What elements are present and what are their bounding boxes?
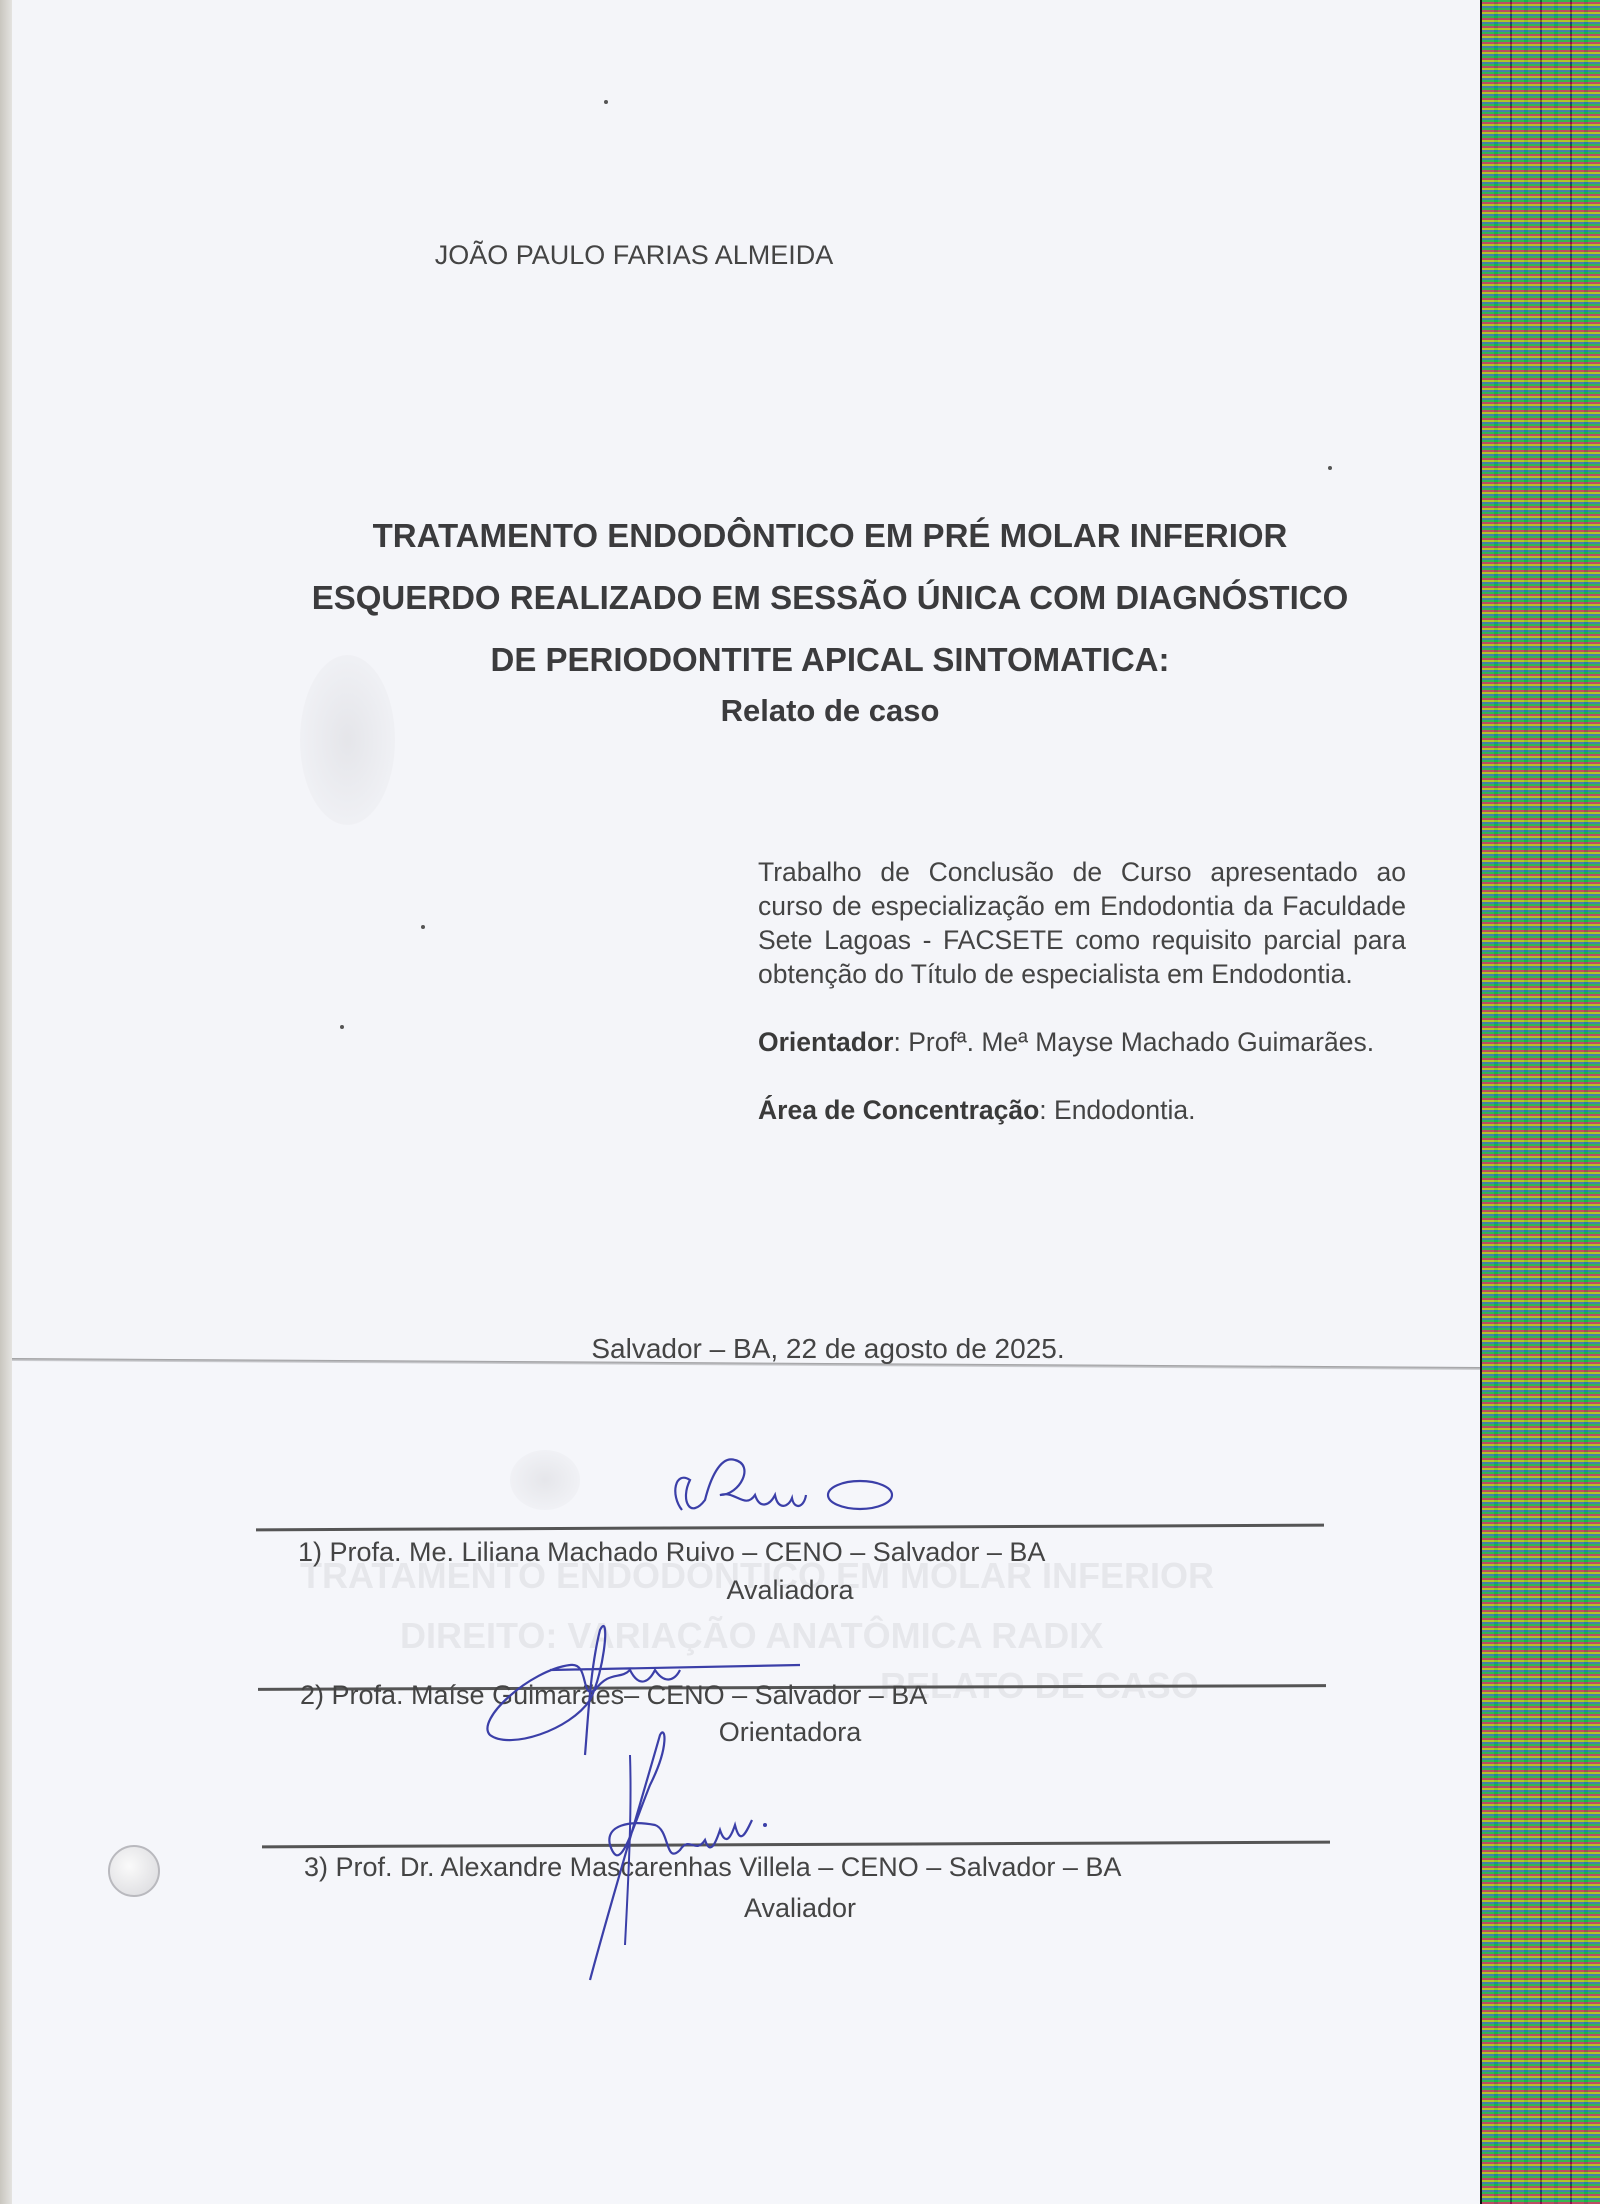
area-label: Área de Concentração	[758, 1095, 1039, 1125]
scan-artifact-strip	[1480, 0, 1600, 2204]
document-title: TRATAMENTO ENDODÔNTICO EM PRÉ MOLAR INFE…	[260, 505, 1400, 691]
advisor-value: : Profª. Meª Mayse Machado Guimarães.	[893, 1027, 1374, 1057]
title-line: ESQUERDO REALIZADO EM SESSÃO ÚNICA COM D…	[260, 567, 1400, 629]
document-subtitle: Relato de caso	[260, 693, 1400, 729]
author-name: JOÃO PAULO FARIAS ALMEIDA	[0, 240, 1468, 271]
description-block: Trabalho de Conclusão de Curso apresenta…	[758, 855, 1406, 1161]
committee-member: 1) Profa. Me. Liliana Machado Ruivo – CE…	[298, 1537, 1045, 1568]
stain-mark	[510, 1450, 580, 1510]
advisor-label: Orientador	[758, 1027, 893, 1057]
title-line: TRATAMENTO ENDODÔNTICO EM PRÉ MOLAR INFE…	[260, 505, 1400, 567]
description-text: Trabalho de Conclusão de Curso apresenta…	[758, 855, 1406, 991]
area-line: Área de Concentração: Endodontia.	[758, 1093, 1406, 1127]
committee-role: Avaliadora	[620, 1575, 960, 1606]
speck	[421, 925, 425, 929]
speck	[340, 1025, 344, 1029]
punch-hole	[108, 1845, 160, 1897]
speck	[604, 100, 608, 104]
advisor-line: Orientador: Profª. Meª Mayse Machado Gui…	[758, 1025, 1406, 1059]
place-date: Salvador – BA, 22 de agosto de 2025.	[0, 1333, 1600, 1365]
title-line: DE PERIODONTITE APICAL SINTOMATICA:	[260, 629, 1400, 691]
page-edge	[0, 0, 12, 2204]
speck	[1328, 466, 1332, 470]
area-value: : Endodontia.	[1039, 1095, 1195, 1125]
